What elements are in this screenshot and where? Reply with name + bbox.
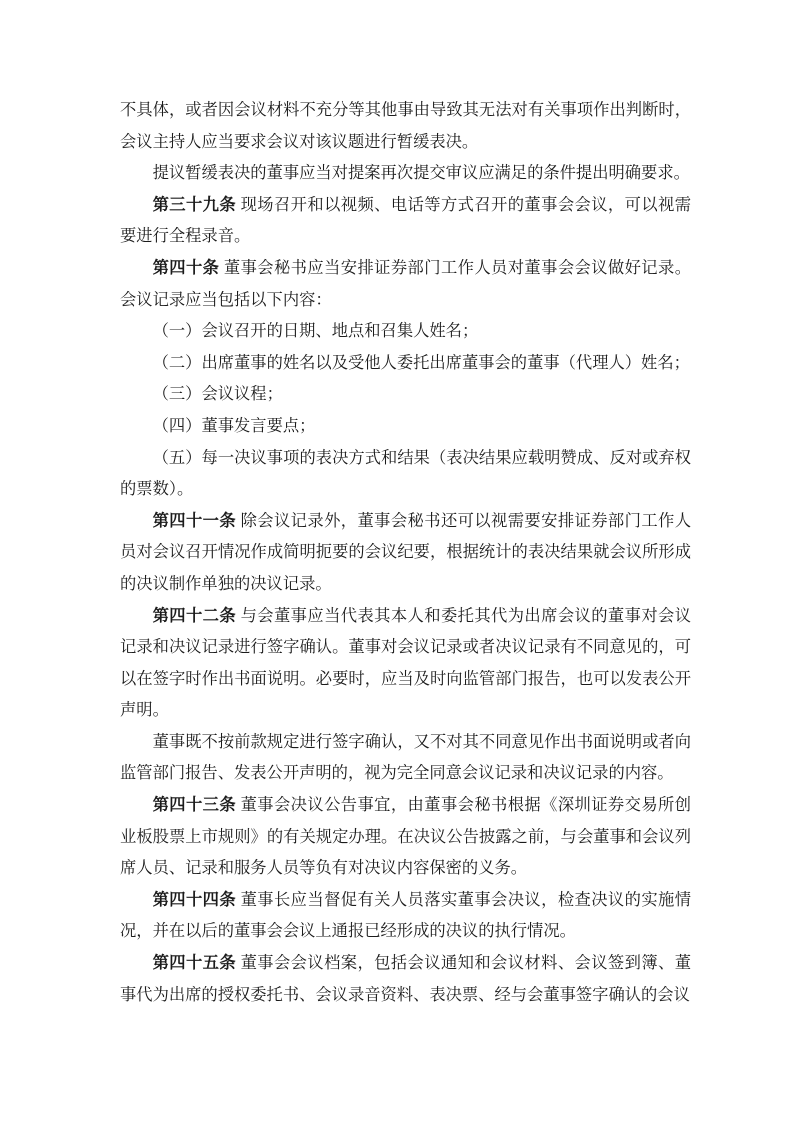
- paragraph: 不具体，或者因会议材料不充分等其他事由导致其无法对有关事项作出判断时，会议主持人…: [120, 94, 691, 157]
- paragraph: 第四十三条 董事会决议公告事宜，由董事会秘书根据《深圳证券交易所创业板股票上市规…: [120, 789, 691, 884]
- article-number: 第四十条: [153, 258, 220, 277]
- paragraph-text: 董事既不按前款规定进行签字确认，又不对其不同意见作出书面说明或者向监管部门报告、…: [120, 732, 691, 783]
- paragraph-text: 不具体，或者因会议材料不充分等其他事由导致其无法对有关事项作出判断时，会议主持人…: [120, 100, 691, 151]
- article-number: 第三十九条: [153, 195, 237, 214]
- paragraph: 第四十一条 除会议记录外，董事会秘书还可以视需要安排证券部门工作人员对会议召开情…: [120, 505, 691, 600]
- paragraph: 第四十条 董事会秘书应当安排证券部门工作人员对董事会会议做好记录。会议记录应当包…: [120, 252, 691, 315]
- list-item: （三）会议议程；: [120, 378, 691, 410]
- paragraph-text: （五）每一决议事项的表决方式和结果（表决结果应载明赞成、反对或弃权的票数）。: [120, 448, 691, 499]
- paragraph: 第四十五条 董事会会议档案，包括会议通知和会议材料、会议签到簿、董事代为出席的授…: [120, 947, 691, 1010]
- document-page: 不具体，或者因会议材料不充分等其他事由导致其无法对有关事项作出判断时，会议主持人…: [0, 0, 794, 1122]
- list-item: （四）董事发言要点；: [120, 410, 691, 442]
- paragraph-text: （四）董事发言要点；: [153, 416, 316, 435]
- paragraph: 第三十九条 现场召开和以视频、电话等方式召开的董事会会议，可以视需要进行全程录音…: [120, 189, 691, 252]
- article-number: 第四十一条: [153, 511, 237, 530]
- list-item: （二）出席董事的姓名以及受他人委托出席董事会的董事（代理人）姓名；: [120, 347, 691, 379]
- paragraph-text: （三）会议议程；: [153, 384, 283, 403]
- paragraph-text: （二）出席董事的姓名以及受他人委托出席董事会的董事（代理人）姓名；: [153, 353, 690, 372]
- paragraph: 第四十二条 与会董事应当代表其本人和委托其代为出席会议的董事对会议记录和决议记录…: [120, 600, 691, 726]
- paragraph: 第四十四条 董事长应当督促有关人员落实董事会决议，检查决议的实施情况，并在以后的…: [120, 884, 691, 947]
- article-number: 第四十三条: [153, 795, 237, 814]
- article-number: 第四十二条: [153, 606, 237, 625]
- paragraph-text: （一）会议召开的日期、地点和召集人姓名；: [153, 321, 479, 340]
- list-item: （五）每一决议事项的表决方式和结果（表决结果应载明赞成、反对或弃权的票数）。: [120, 442, 691, 505]
- list-item: （一）会议召开的日期、地点和召集人姓名；: [120, 315, 691, 347]
- article-number: 第四十四条: [153, 890, 237, 909]
- article-number: 第四十五条: [153, 953, 237, 972]
- paragraph: 董事既不按前款规定进行签字确认，又不对其不同意见作出书面说明或者向监管部门报告、…: [120, 726, 691, 789]
- paragraph-text: 提议暂缓表决的董事应当对提案再次提交审议应满足的条件提出明确要求。: [153, 163, 690, 182]
- paragraph: 提议暂缓表决的董事应当对提案再次提交审议应满足的条件提出明确要求。: [120, 157, 691, 189]
- document-body: 不具体，或者因会议材料不充分等其他事由导致其无法对有关事项作出判断时，会议主持人…: [120, 94, 691, 1010]
